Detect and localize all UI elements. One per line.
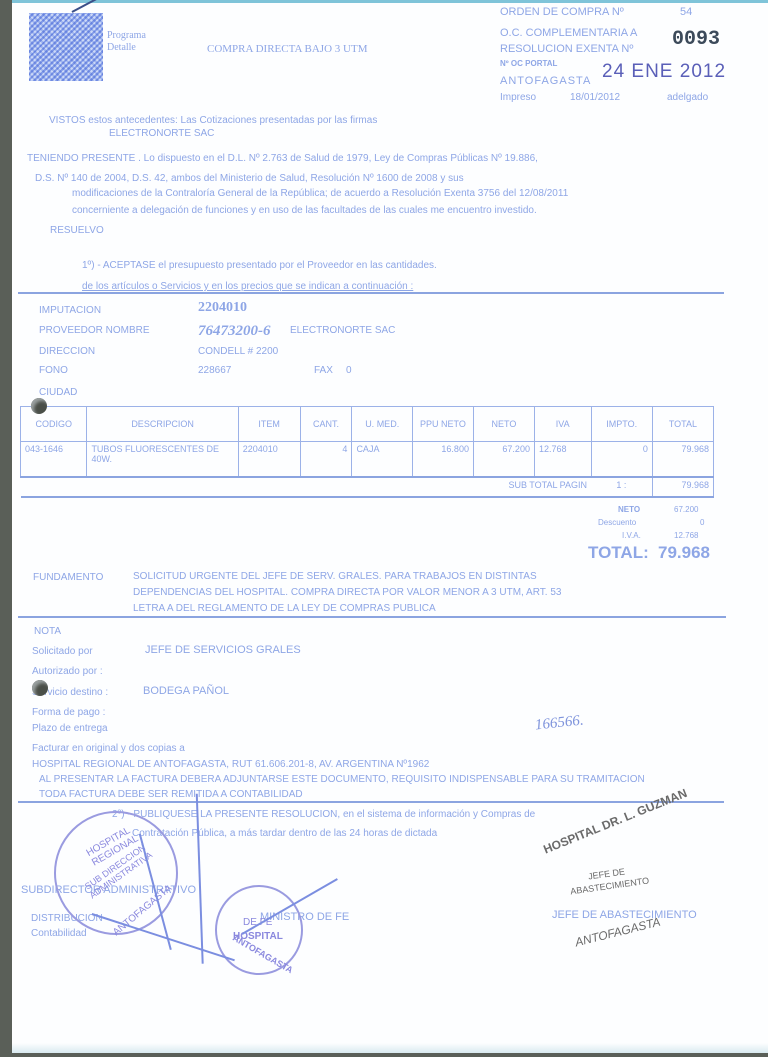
fundamento-line3: LETRA A DEL REGLAMENTO DE LA LEY DE COMP… xyxy=(133,603,436,614)
forma-pago-label: Forma de pago : xyxy=(32,707,105,718)
column-header: IMPTO. xyxy=(591,407,652,442)
cell-iva: 12.768 xyxy=(534,442,591,478)
acuerdo-line2: de los artículos o Servicios y en los pr… xyxy=(82,281,413,292)
cell-cant: 4 xyxy=(300,442,352,478)
divider xyxy=(18,616,726,618)
teniendo-line3: modificaciones de la Contraloría General… xyxy=(72,188,568,199)
divider xyxy=(18,292,724,294)
vistos-text: VISTOS estos antecedentes: Las Cotizacio… xyxy=(49,115,377,126)
ministro-fe-stamp: DE FE HOSPITAL ANTOFAGASTA xyxy=(215,885,303,975)
iva-label: I.V.A. xyxy=(622,531,641,540)
impreso-date: 18/01/2012 xyxy=(570,92,620,103)
total-label: TOTAL: xyxy=(588,543,649,563)
subtotal-page: 1 : xyxy=(591,477,652,497)
fundamento-label: FUNDAMENTO xyxy=(33,572,103,583)
impreso-label: Impreso xyxy=(500,92,536,103)
descuento-value: 0 xyxy=(700,518,704,527)
subtotal-row: SUB TOTAL PAGIN 1 : 79.968 xyxy=(21,477,714,497)
column-header: PPU NETO xyxy=(412,407,473,442)
resuelvo-heading: RESUELVO xyxy=(50,225,104,236)
publiquese-line1: 2º) - PUBLIQUESE LA PRESENTE RESOLUCION,… xyxy=(112,809,535,820)
column-header: CODIGO xyxy=(21,407,87,442)
city-label: ANTOFAGASTA xyxy=(500,75,591,87)
table-row: 043-1646TUBOS FLUORESCENTES DE 40W.22040… xyxy=(21,442,714,478)
teniendo-line2: D.S. Nº 140 de 2004, D.S. 42, ambos del … xyxy=(35,173,464,184)
subtotal-label: SUB TOTAL PAGIN xyxy=(21,477,592,497)
teniendo-line1: TENIENDO PRESENTE . Lo dispuesto en el D… xyxy=(27,153,538,164)
proveedor-label: PROVEEDOR NOMBRE xyxy=(39,325,150,336)
punch-hole xyxy=(31,398,47,414)
teniendo-line4: concerniente a delegación de funciones y… xyxy=(72,205,537,216)
cell-impto: 0 xyxy=(591,442,652,478)
cell-item: 2204010 xyxy=(238,442,300,478)
proveedor-rut: 76473200-6 xyxy=(198,323,271,340)
date-stamp: 24 ENE 2012 xyxy=(602,61,726,83)
divider xyxy=(18,801,724,803)
ciudad-label: CIUDAD xyxy=(39,387,77,398)
logo-text-line2: Detalle xyxy=(107,42,136,53)
iva-value: 12.768 xyxy=(674,531,698,540)
column-header: ITEM xyxy=(238,407,300,442)
aviso-line2: TODA FACTURA DEBE SER REMITIDA A CONTABI… xyxy=(39,789,303,800)
publiquese-line2: Contratación Pública, a más tardar dentr… xyxy=(132,828,437,839)
fax-label: FAX xyxy=(314,365,333,376)
document-title: COMPRA DIRECTA BAJO 3 UTM xyxy=(207,43,367,55)
column-header: CANT. xyxy=(300,407,352,442)
impreso-user: adelgado xyxy=(667,92,708,103)
fundamento-line1: SOLICITUD URGENTE DEL JEFE DE SERV. GRAL… xyxy=(133,571,537,582)
vistos-firma: ELECTRONORTE SAC xyxy=(109,128,214,139)
cell-neto: 67.200 xyxy=(473,442,534,478)
fono-value: 228667 xyxy=(198,365,231,376)
orden-compra-label: ORDEN DE COMPRA Nº xyxy=(500,6,624,18)
solicitado-value: JEFE DE SERVICIOS GRALES xyxy=(145,644,301,656)
punch-hole xyxy=(32,680,48,696)
pen-mark xyxy=(72,0,110,13)
solicitado-label: Solicitado por xyxy=(32,646,93,657)
fundamento-line2: DEPENDENCIAS DEL HOSPITAL. COMPRA DIRECT… xyxy=(133,587,561,598)
resolucion-exenta-label: RESOLUCION EXENTA Nº xyxy=(500,43,633,55)
total-value: 79.968 xyxy=(658,543,710,563)
stamp3-line2: ABASTECIMIENTO xyxy=(570,876,650,897)
items-table: CODIGODESCRIPCIONITEMCANT.U. MED.PPU NET… xyxy=(20,406,714,498)
neto-value: 67.200 xyxy=(674,505,698,514)
logo-text-line1: Programa xyxy=(107,30,146,41)
direccion-label: DIRECCION xyxy=(39,346,95,357)
fono-label: FONO xyxy=(39,365,68,376)
oc-complementaria-label: O.C. COMPLEMENTARIA A xyxy=(500,27,637,39)
neto-label: NETO xyxy=(618,505,640,514)
cell-ppu-neto: 16.800 xyxy=(412,442,473,478)
facturar-label: Facturar en original y dos copias a xyxy=(32,743,185,754)
cell-descripcion: TUBOS FLUORESCENTES DE 40W. xyxy=(87,442,238,478)
column-header: DESCRIPCION xyxy=(87,407,238,442)
imputacion-value: 2204010 xyxy=(198,300,247,316)
plazo-label: Plazo de entrega xyxy=(32,723,108,734)
cell-u-med: CAJA xyxy=(352,442,413,478)
table-header-row: CODIGODESCRIPCIONITEMCANT.U. MED.PPU NET… xyxy=(21,407,714,442)
jefe-abastecimiento-label: JEFE DE ABASTECIMIENTO xyxy=(552,909,697,921)
nota-label: NOTA xyxy=(34,626,61,637)
cell-total: 79.968 xyxy=(652,442,713,478)
scan-edge xyxy=(12,1043,768,1053)
column-header: IVA xyxy=(534,407,591,442)
descuento-label: Descuento xyxy=(598,518,636,527)
cell-codigo: 043-1646 xyxy=(21,442,87,478)
column-header: NETO xyxy=(473,407,534,442)
aviso-line1: AL PRESENTAR LA FACTURA DEBERA ADJUNTARS… xyxy=(39,774,645,785)
resolucion-number-stamp: 0093 xyxy=(672,28,720,51)
autorizado-label: Autorizado por : xyxy=(32,666,103,677)
orden-compra-value: 54 xyxy=(680,6,692,18)
proveedor-name: ELECTRONORTE SAC xyxy=(290,325,395,336)
stamp3-top-text: HOSPITAL DR. L. GUZMAN xyxy=(541,786,689,857)
direccion-value: CONDELL # 2200 xyxy=(198,346,278,357)
acuerdo-line1: 1º) - ACEPTASE el presupuesto presentado… xyxy=(82,260,437,271)
column-header: TOTAL xyxy=(652,407,713,442)
fax-value: 0 xyxy=(346,365,352,376)
subdireccion-stamp: HOSPITAL REGIONAL SUB DIRECCION ADMINIST… xyxy=(54,811,178,935)
servicio-value: BODEGA PAÑOL xyxy=(143,685,229,697)
handwritten-note: 166566. xyxy=(534,712,584,734)
column-header: U. MED. xyxy=(352,407,413,442)
facturar-value: HOSPITAL REGIONAL DE ANTOFAGASTA, RUT 61… xyxy=(32,759,429,770)
subtotal-value: 79.968 xyxy=(652,477,713,497)
distribucion-value: Contabilidad xyxy=(31,928,87,939)
imputacion-label: IMPUTACION xyxy=(39,305,101,316)
purchase-order-document: Programa Detalle COMPRA DIRECTA BAJO 3 U… xyxy=(12,0,768,1053)
oc-portal-label: Nº OC PORTAL xyxy=(500,59,557,68)
ministry-logo-icon xyxy=(29,13,103,81)
